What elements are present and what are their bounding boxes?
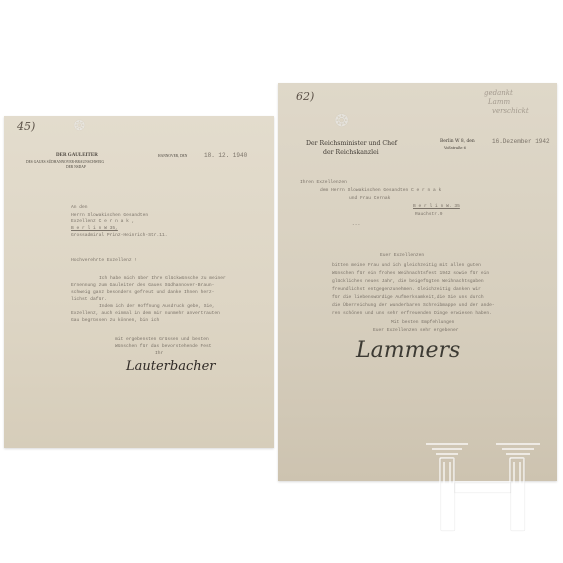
letterhead-line2: DES GAUES SÜDHANNOVER-BRAUNSCHWEIG [26, 160, 104, 164]
letterhead-line3: DER NSDAP [66, 165, 86, 169]
body-line: Exzellenz, auch einmal in dem mir nunmeh… [71, 311, 220, 316]
body-line: Gau begrüssen zu können, bin ich [71, 318, 159, 323]
address-line: dem Herrn Slowakischen Gesandten C e r n… [320, 188, 441, 193]
closing-line: Euer Exzellenzen sehr ergebener [373, 328, 458, 333]
closing-line: Ihr [155, 351, 163, 356]
body-line: schweig ganz besonders gefreut und danke… [71, 290, 214, 295]
salutation: Hochverehrte Exzellenz ! [71, 258, 137, 263]
address-line: Herrn Slowakischen Gesandten [71, 213, 148, 218]
separator: --- [352, 223, 360, 228]
letter-reichskanzlei-1942: 62) gedankt Lamm verschickt ❂ Der Reichs… [278, 83, 557, 481]
body-line: glückliches neues Jahr, die beigefügten … [332, 279, 484, 284]
letterhead-line1: Der Reichsminister und Chef [306, 140, 397, 147]
body-line: für die liebenswürdige Aufmerksamkeit,di… [332, 295, 484, 300]
signature: Lammers [356, 338, 460, 363]
body-line: lichst dafür. [71, 297, 107, 302]
signature: Lauterbacher [126, 359, 216, 374]
body-line: Wünschen für ein frohes Weihnachtsfest 1… [332, 271, 489, 276]
body-line: Indem ich der Hoffnung Ausdruck gebe, Si… [99, 304, 215, 309]
body-line: Ernennung zum Gauleiter des Gaues Südhan… [71, 283, 214, 288]
address-line: Grossadmiral Prinz-Heinrich-Str.11. [71, 233, 168, 238]
address-line: Rauchstr.9 [415, 212, 443, 217]
archive-number: 45) [17, 120, 35, 133]
archive-number: 62) [296, 90, 314, 103]
letter-gauleiter-1940: 45) ❂ DER GAULEITER DES GAUES SÜDHANNOVE… [4, 116, 274, 448]
closing-line: Mit besten Empfehlungen [391, 320, 454, 325]
body-line: die Überreichung der wunderbaren Schreib… [332, 303, 495, 308]
auction-house-columns-logo-icon [418, 440, 548, 550]
body-line: ren schönen und uns sehr erfreuenden Din… [332, 311, 492, 316]
address-line: An den [71, 205, 88, 210]
place-label: Berlin W 8, den [440, 139, 475, 144]
embossed-eagle-icon: ❂ [335, 107, 348, 133]
letterhead-line2: der Reichskanzlei [323, 149, 379, 156]
letter-date: 18. 12. 1940 [204, 152, 247, 159]
letterhead-title: DER GAULEITER [56, 153, 98, 158]
address-line: Ihren Exzellenzen [300, 180, 347, 185]
address-line: B e r l i n W 35, [71, 226, 118, 231]
place-label: HANNOVER, DEN [158, 154, 187, 158]
body-line: bitten meine Frau und ich gleichzeitig m… [332, 263, 481, 268]
closing-line: Wünschen für das bevorstehende Fest [115, 344, 212, 349]
closing-line: mit ergebensten Grüssen und besten [115, 337, 209, 342]
embossed-eagle-icon: ❂ [74, 114, 85, 136]
address-line: Exzellenz C e r n a k , [71, 219, 134, 224]
address-line: und Frau Cernak [349, 196, 390, 201]
salutation: Euer Exzellenzen [380, 253, 424, 258]
address-line: B e r l i n W. 35 [413, 204, 460, 209]
letter-date: 16.Dezember 1942 [492, 138, 550, 145]
body-line: Ich habe mich über Ihre Glückwünsche zu … [99, 276, 226, 281]
pencil-note: gedankt Lamm verschickt [484, 89, 529, 116]
body-line: freundlichst entgegenzunehmen. Gleichzei… [332, 287, 481, 292]
place-street: Voßstraße 6 [444, 146, 466, 150]
